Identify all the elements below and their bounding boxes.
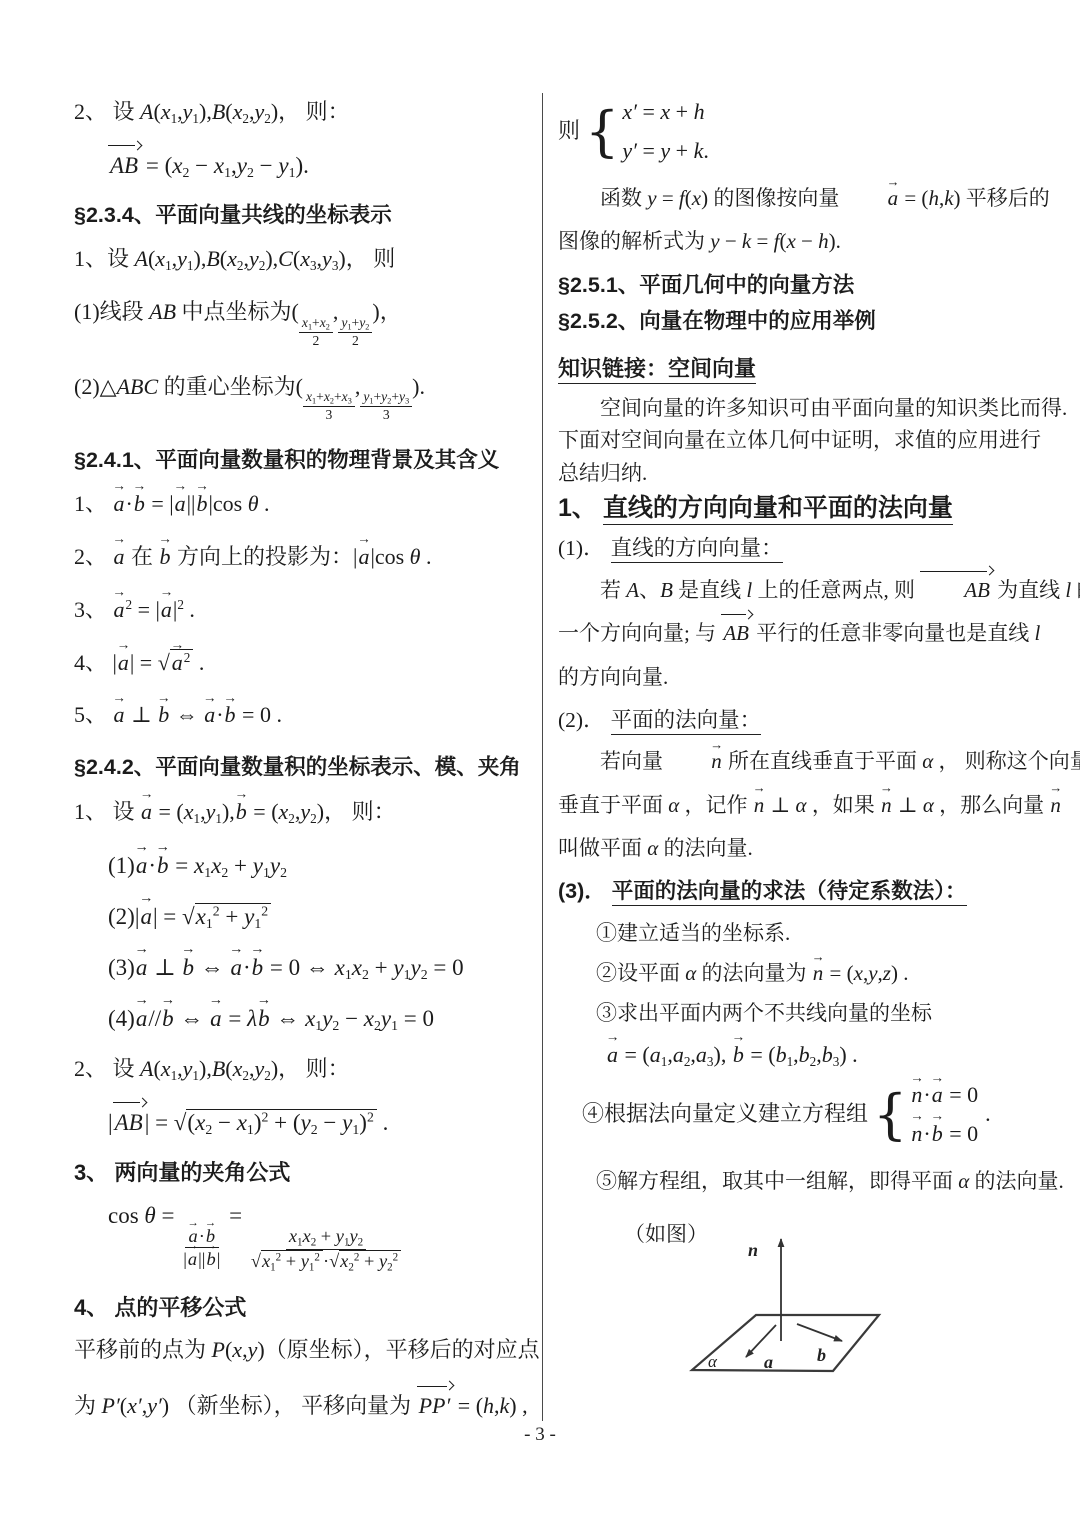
section-heading: §2.4.2、平面向量数量积的坐标表示、模、夹角 xyxy=(74,752,544,783)
right-column-blocks: 则x′ = x + hy′ = y + k.函数 y = f(x) 的图像按向量… xyxy=(558,96,1030,1196)
label-a: a xyxy=(764,1352,773,1372)
label-n: n xyxy=(748,1240,758,1260)
plane-parallelogram xyxy=(692,1315,879,1371)
text-line: 空间向量的许多知识可由平面向量的知识类比而得. xyxy=(558,393,1030,423)
list-item: 2、 设 A(x1,y1),B(x2,y2)， 则： xyxy=(74,1053,544,1085)
document-page: 2、 设 A(x1,y1),B(x2,y2)， 则：AB = (x2 − x1,… xyxy=(0,0,1080,1527)
text-line: ⑤解方程组，取其中一组解，即得平面 α 的法向量. xyxy=(558,1166,1030,1196)
subsection-heading: (3)．平面的法向量的求法（待定系数法）： xyxy=(558,876,1030,907)
list-item: 4、 |a→| = √a→2 . xyxy=(74,647,544,679)
list-item: 2、 a→ 在 b→ 方向上的投影为：|a→|cos θ . xyxy=(74,541,544,573)
left-column: 2、 设 A(x1,y1),B(x2,y2)， 则：AB = (x2 − x1,… xyxy=(74,96,544,1445)
subsection-heading: (1)．直线的方向向量： xyxy=(558,533,1030,564)
text-line: 垂直于平面 α ，记作 n→ ⊥ α ，如果 n→ ⊥ α ，那么向量 n→ xyxy=(558,790,1030,820)
brace-glyph xyxy=(585,110,619,153)
formula-line: (2)|a→| = √x12 + y12 xyxy=(74,900,544,934)
text-line: 的方向向量. xyxy=(558,662,1030,692)
left-column-blocks: 2、 设 A(x1,y1),B(x2,y2)， 则：AB = (x2 − x1,… xyxy=(74,96,544,1421)
list-item: 1、 设 a→ = (x1,y1),b→ = (x2,y2)， 则： xyxy=(74,796,544,828)
section-heading: §2.4.1、平面向量数量积的物理背景及其含义 xyxy=(74,445,544,476)
text-line: 下面对空间向量在立体几何中证明，求值的应用进行 xyxy=(558,425,1030,455)
section-heading: 1、直线的方向向量和平面的法向量 xyxy=(558,490,1030,526)
section-heading: §2.3.4、平面向量共线的坐标表示 xyxy=(74,200,544,231)
formula-line: (1)a→·b→ = x1x2 + y1y2 xyxy=(74,849,544,883)
formula-line: (4)a→//b→ ⇔ a→ = λb→ ⇔ x1y2 − x2y1 = 0 xyxy=(74,1002,544,1036)
text-line: 若向量 n→ 所在直线垂直于平面 α ， 则称这个向量 xyxy=(558,746,1030,776)
label-alpha: α xyxy=(708,1352,718,1371)
page-number: - 3 - xyxy=(0,1424,1080,1446)
formula-line: cos θ = a→·b→|a→||b→| = x1x2 + y1y2√x12 … xyxy=(74,1199,544,1274)
list-item: 2、 设 A(x1,y1),B(x2,y2)， 则： xyxy=(74,96,544,128)
list-item: 5、 a→ ⊥ b→ ⇔ a→·b→ = 0 . xyxy=(74,699,544,731)
text-line: 平移前的点为 P(x,y)（原坐标），平移后的对应点 xyxy=(74,1334,544,1366)
text-line: 一个方向向量; 与 AB 平行的任意非零向量也是直线 l xyxy=(558,618,1030,648)
list-item: (1)线段 AB 中点坐标为(x1+x22,y1+y22)， xyxy=(74,296,544,349)
list-item: 3、 a→2 = |a→|2 . xyxy=(74,594,544,626)
equation-system: ④根据法向量定义建立方程组n→·a→ = 0n→·b→ = 0. xyxy=(582,1079,1030,1150)
formula-line: (3)a→ ⊥ b→ ⇔ a→·b→ = 0 ⇔ x1x2 + y1y2 = 0 xyxy=(74,951,544,985)
formula-line: |AB| = √(x2 − x1)2 + (y2 − y1)2 . xyxy=(74,1106,544,1140)
text-line: 叫做平面 α 的法向量. xyxy=(558,833,1030,863)
equation-system: 则x′ = x + hy′ = y + k. xyxy=(558,96,1030,167)
subsection-heading: (2)．平面的法向量： xyxy=(558,705,1030,736)
section-heading: §2.5.1、平面几何中的向量方法 xyxy=(558,270,1030,301)
text-line: 图像的解析式为 y − k = f(x − h). xyxy=(558,226,1030,256)
text-line: 若 A、B 是直线 l 上的任意两点, 则 AB 为直线 l 的 xyxy=(558,575,1030,605)
formula-line: AB = (x2 − x1,y2 − y1). xyxy=(74,149,544,183)
normal-vector-figure: （如图） n a b α xyxy=(558,1208,1030,1386)
text-line: ③求出平面内两个不共线向量的坐标 xyxy=(558,998,1030,1028)
section-heading: §2.5.2、向量在物理中的应用举例 xyxy=(558,306,1030,337)
right-column: 则x′ = x + hy′ = y + k.函数 y = f(x) 的图像按向量… xyxy=(558,96,1030,1386)
section-heading: 知识链接：空间向量 xyxy=(558,353,1030,385)
text-line: ②设平面 α 的法向量为 n→ = (x,y,z) . xyxy=(558,958,1030,988)
text-line: ①建立适当的坐标系. xyxy=(558,918,1030,948)
list-item: (2)△ABC 的重心坐标为(x1+x2+x33,y1+y2+y33). xyxy=(74,371,544,424)
label-b: b xyxy=(817,1345,826,1365)
list-item: 1、设 A(x1,y1),B(x2,y2),C(x3,y3)， 则 xyxy=(74,243,544,275)
plane-normal-diagram: n a b α xyxy=(654,1208,916,1386)
text-line: 为 P′(x′,y′) （新坐标）， 平移向量为 PP′ = (h,k) , xyxy=(74,1390,544,1422)
brace-glyph xyxy=(873,1093,907,1136)
text-line: 函数 y = f(x) 的图像按向量 a→ = (h,k) 平移后的 xyxy=(558,183,1030,213)
list-item: 4、 点的平移公式 xyxy=(74,1292,544,1324)
list-item: 1、 a→·b→ = |a→||b→|cos θ . xyxy=(74,488,544,520)
vector-b-arrow xyxy=(797,1324,842,1341)
formula-line: a→ = (a1,a2,a3), b→ = (b1,b2,b3) . xyxy=(558,1039,1030,1071)
text-line: 总结归纳. xyxy=(558,458,1030,488)
list-item: 3、 两向量的夹角公式 xyxy=(74,1157,544,1189)
